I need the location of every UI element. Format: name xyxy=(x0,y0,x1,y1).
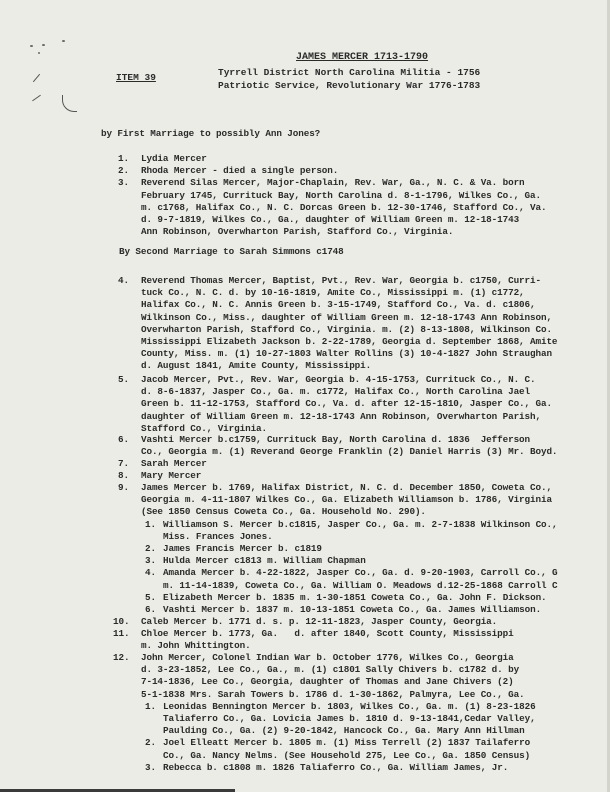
item-label: ITEM 39 xyxy=(116,72,156,83)
grandchild-entry-number: 2. xyxy=(145,543,156,555)
grandchild-entry-number: 2. xyxy=(145,737,156,749)
child-entry-text: Reverend Thomas Mercer, Baptist, Pvt., R… xyxy=(141,275,541,287)
child-entry-text: James Mercer b. 1769, Halifax District, … xyxy=(141,482,552,494)
grandchild-entry-number: 1. xyxy=(145,519,156,531)
child-entry-text: 5-1-1838 Mrs. Sarah Towers b. 1786 d. 1-… xyxy=(141,689,525,701)
child-entry-text: (See 1850 Census Coweta Co., Ga. Househo… xyxy=(141,506,426,518)
child-entry-text: m. John Whittington. xyxy=(141,640,251,652)
grandchild-entry-number: 5. xyxy=(145,592,156,604)
child-entry-text: Overwharton Parish, Stafford Co., Virgin… xyxy=(141,324,552,336)
child-entry-text: Caleb Mercer b. 1771 d. s. p. 12-11-1823… xyxy=(141,616,497,628)
child-entry-text: County, Miss. m. (1) 10-27-1803 Walter R… xyxy=(141,348,552,360)
child-entry-text: Rhoda Mercer - died a single person. xyxy=(141,165,338,177)
child-entry-number: 4. xyxy=(118,275,129,287)
grandchild-entry-text: Amanda Mercer b. 4-22-1822, Jasper Co., … xyxy=(163,567,558,579)
child-entry-text: Stafford Co., Virginia. xyxy=(141,423,267,435)
grandchild-entry-text: Taliaferro Co., Ga. Lovicia James b. 181… xyxy=(163,713,536,725)
grandchild-entry-number: 3. xyxy=(145,762,156,774)
child-entry-text: John Mercer, Colonel Indian War b. Octob… xyxy=(141,652,514,664)
grandchild-entry-number: 1. xyxy=(145,701,156,713)
grandchild-entry-text: James Francis Mercer b. c1819 xyxy=(163,543,322,555)
section-heading-first-marriage: by First Marriage to possibly Ann Jones? xyxy=(101,128,320,140)
child-entry-text: Sarah Mercer xyxy=(141,458,207,470)
document-page: JAMES MERCER 1713-1790 ITEM 39 Tyrrell D… xyxy=(0,0,610,792)
grandchild-entry-text: Vashti Mercer b. 1837 m. 10-13-1851 Cowe… xyxy=(163,604,541,616)
child-entry-text: Halifax Co., N. C. Annis Green b. 3-15-1… xyxy=(141,299,536,311)
pen-curl-mark xyxy=(62,95,77,112)
child-entry-text: daughter of William Green m. 12-18-1743 … xyxy=(141,411,541,423)
child-entry-text: Mississippi Elizabeth Jackson b. 2-22-17… xyxy=(141,336,557,348)
grandchild-entry-number: 4. xyxy=(145,567,156,579)
ink-speck xyxy=(62,40,65,42)
child-entry-text: Jacob Mercer, Pvt., Rev. War, Georgia b.… xyxy=(141,374,536,386)
child-entry-text: d. 9-7-1819, Wilkes Co., Ga., daughter o… xyxy=(141,214,519,226)
ink-speck xyxy=(42,44,45,46)
child-entry-text: Co., Georgia m. (1) Reverand George Fran… xyxy=(141,446,557,458)
child-entry-text: d. August 1841, Amite County, Mississipp… xyxy=(141,360,371,372)
child-entry-number: 5. xyxy=(118,374,129,386)
ink-speck xyxy=(30,45,33,47)
child-entry-number: 1. xyxy=(118,153,129,165)
grandchild-entry-text: Leonidas Bennington Mercer b. 1803, Wilk… xyxy=(163,701,536,713)
child-entry-text: d. 3-23-1852, Lee Co., Ga., m. (1) c1801… xyxy=(141,664,519,676)
child-entry-text: Lydia Mercer xyxy=(141,153,207,165)
child-entry-text: tuck Co., N. C. d. by 10-16-1819, Amite … xyxy=(141,287,525,299)
child-entry-number: 7. xyxy=(118,458,129,470)
child-entry-text: Georgia m. 4-11-1807 Wilkes Co., Ga. Eli… xyxy=(141,494,552,506)
child-entry-text: Wilkinson Co., Miss., daughter of Willia… xyxy=(141,312,552,324)
subtitle-militia: Tyrrell District North Carolina Militia … xyxy=(218,67,480,78)
child-entry-text: Reverend Silas Mercer, Major-Chaplain, R… xyxy=(141,177,525,189)
child-entry-text: m. c1768, Halifax Co., N. C. Dorcas Gree… xyxy=(141,202,546,214)
child-entry-number: 11. xyxy=(113,628,129,640)
child-entry-text: Vashti Mercer b.c1759, Currituck Bay, No… xyxy=(141,434,530,446)
child-entry-text: Mary Mercer xyxy=(141,470,201,482)
pen-mark xyxy=(33,74,40,82)
grandchild-entry-text: Rebecca b. c1808 m. 1826 Taliaferro Co.,… xyxy=(163,762,508,774)
child-entry-number: 2. xyxy=(118,165,129,177)
grandchild-entry-text: Joel Elleatt Mercer b. 1805 m. (1) Miss … xyxy=(163,737,530,749)
subtitle-patriotic-service: Patriotic Service, Revolutionary War 177… xyxy=(218,80,480,91)
child-entry-number: 3. xyxy=(118,177,129,189)
child-entry-number: 10. xyxy=(113,616,129,628)
section-heading-second-marriage: By Second Marriage to Sarah Simmons c174… xyxy=(119,246,344,258)
document-title: JAMES MERCER 1713-1790 xyxy=(296,52,428,63)
grandchild-entry-text: Miss. Frances Jones. xyxy=(163,531,273,543)
grandchild-entry-text: Paulding Co., Ga. (2) 9-20-1842, Hancock… xyxy=(163,725,525,737)
child-entry-text: d. 8-6-1837, Jasper Co., Ga. m. c1772, H… xyxy=(141,386,530,398)
child-entry-number: 9. xyxy=(118,482,129,494)
child-entry-number: 6. xyxy=(118,434,129,446)
child-entry-text: Ann Robinson, Overwharton Parish, Staffo… xyxy=(141,226,453,238)
child-entry-number: 12. xyxy=(113,652,129,664)
child-entry-text: Green b. 11-12-1753, Stafford Co., Va. d… xyxy=(141,398,552,410)
child-entry-number: 8. xyxy=(118,470,129,482)
child-entry-text: Chloe Mercer b. 1773, Ga. d. after 1840,… xyxy=(141,628,514,640)
grandchild-entry-text: Co., Ga. Nancy Nelms. (See Household 275… xyxy=(163,750,530,762)
grandchild-entry-number: 3. xyxy=(145,555,156,567)
child-entry-text: 7-14-1836, Lee Co., Georgia, daughter of… xyxy=(141,676,514,688)
grandchild-entry-text: Hulda Mercer c1813 m. William Chapman xyxy=(163,555,366,567)
grandchild-entry-text: Elizabeth Mercer b. 1835 m. 1-30-1851 Co… xyxy=(163,592,547,604)
grandchild-entry-text: Williamson S. Mercer b.c1815, Jasper Co.… xyxy=(163,519,558,531)
grandchild-entry-number: 6. xyxy=(145,604,156,616)
child-entry-text: February 1745, Currituck Bay, North Caro… xyxy=(141,190,541,202)
ink-speck xyxy=(38,52,40,54)
pen-mark xyxy=(32,95,41,102)
grandchild-entry-text: m. 11-14-1839, Coweta Co., Ga. William O… xyxy=(163,580,558,592)
